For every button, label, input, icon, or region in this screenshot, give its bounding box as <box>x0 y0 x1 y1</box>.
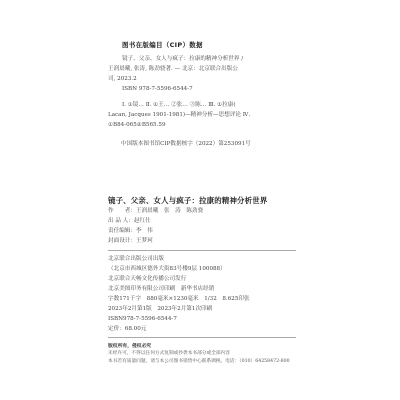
pub-line: 北京美图印务有限公司印刷 新华书店经销 <box>108 287 214 293</box>
credit-label: 作 者： <box>108 208 136 214</box>
cip-heading: 图书在版编目（CIP）数据 <box>122 40 203 49</box>
pub-specs: 字数171千字 880毫米×1230毫米 1/32 8.625印张 <box>108 297 250 303</box>
book-title: 镜子、父亲、女人与疯子：拉康的精神分析世界 <box>108 195 267 206</box>
pub-line: 北京联合出版公司出版 <box>108 257 164 263</box>
credit-editor: 责任编辑：李 伟 <box>108 229 153 235</box>
cip-isbn: ISBN 978-7-5596-6544-7 <box>122 87 193 93</box>
credit-value: 李 伟 <box>136 228 153 234</box>
cip-line: 司, 2023.2 <box>108 77 137 83</box>
credit-author: 作 者：王润晨曦 张 涛 陈劲骁 <box>108 209 203 215</box>
divider <box>108 337 296 338</box>
notice-line: 未经许可，不得以任何方式复制或抄袭本书部分或全部内容 <box>108 350 230 356</box>
cip-line: 王润晨曦, 张涛, 陈劲骁著. — 北京：北京联合出版公 <box>108 67 238 73</box>
credit-value: 王梦珂 <box>136 238 153 244</box>
notice-line: 本书若有质量问题，请与本公司图书销售中心联系调换。电话：（010）6425847… <box>108 358 290 364</box>
credit-cover-design: 封面设计：王梦珂 <box>108 239 153 245</box>
cip-line: 镜子、父亲、女人与疯子：拉康的精神分析世界 / <box>122 57 243 63</box>
credit-value: 赵红仕 <box>134 218 151 224</box>
cip-number: 中国版本图书馆CIP数据核字（2022）第253091号 <box>121 142 251 148</box>
pub-edition: 2023年2月第1版 2023年2月第1次印刷 <box>108 307 212 313</box>
cip-line: ①B84-065②B565.59 <box>108 123 166 129</box>
divider <box>108 250 296 251</box>
pub-price: 定价：68.00元 <box>108 327 146 333</box>
cip-line: Lacan, Jacques 1901-1981)—精神分析—思想评论 Ⅳ. <box>108 113 250 119</box>
pub-isbn: ISBN978-7-5596-6544-7 <box>108 317 177 323</box>
cip-line: Ⅰ. ①镜… Ⅱ. ①王… ②张… ③陈… Ⅲ. ①拉康( <box>122 103 236 109</box>
credit-value: 王润晨曦 张 涛 陈劲骁 <box>136 208 203 214</box>
pub-address: （北京市西城区德外大街83号楼9层 100088） <box>108 267 226 273</box>
pub-line: 北京联合天畅文化传播公司发行 <box>108 277 186 283</box>
credit-label: 责任编辑： <box>108 228 136 234</box>
credit-publisher: 出 品 人：赵红仕 <box>108 219 151 225</box>
credit-label: 出 品 人： <box>108 218 134 224</box>
credit-label: 封面设计： <box>108 238 136 244</box>
notice-heading: 版权所有，侵权必究 <box>108 342 151 349</box>
